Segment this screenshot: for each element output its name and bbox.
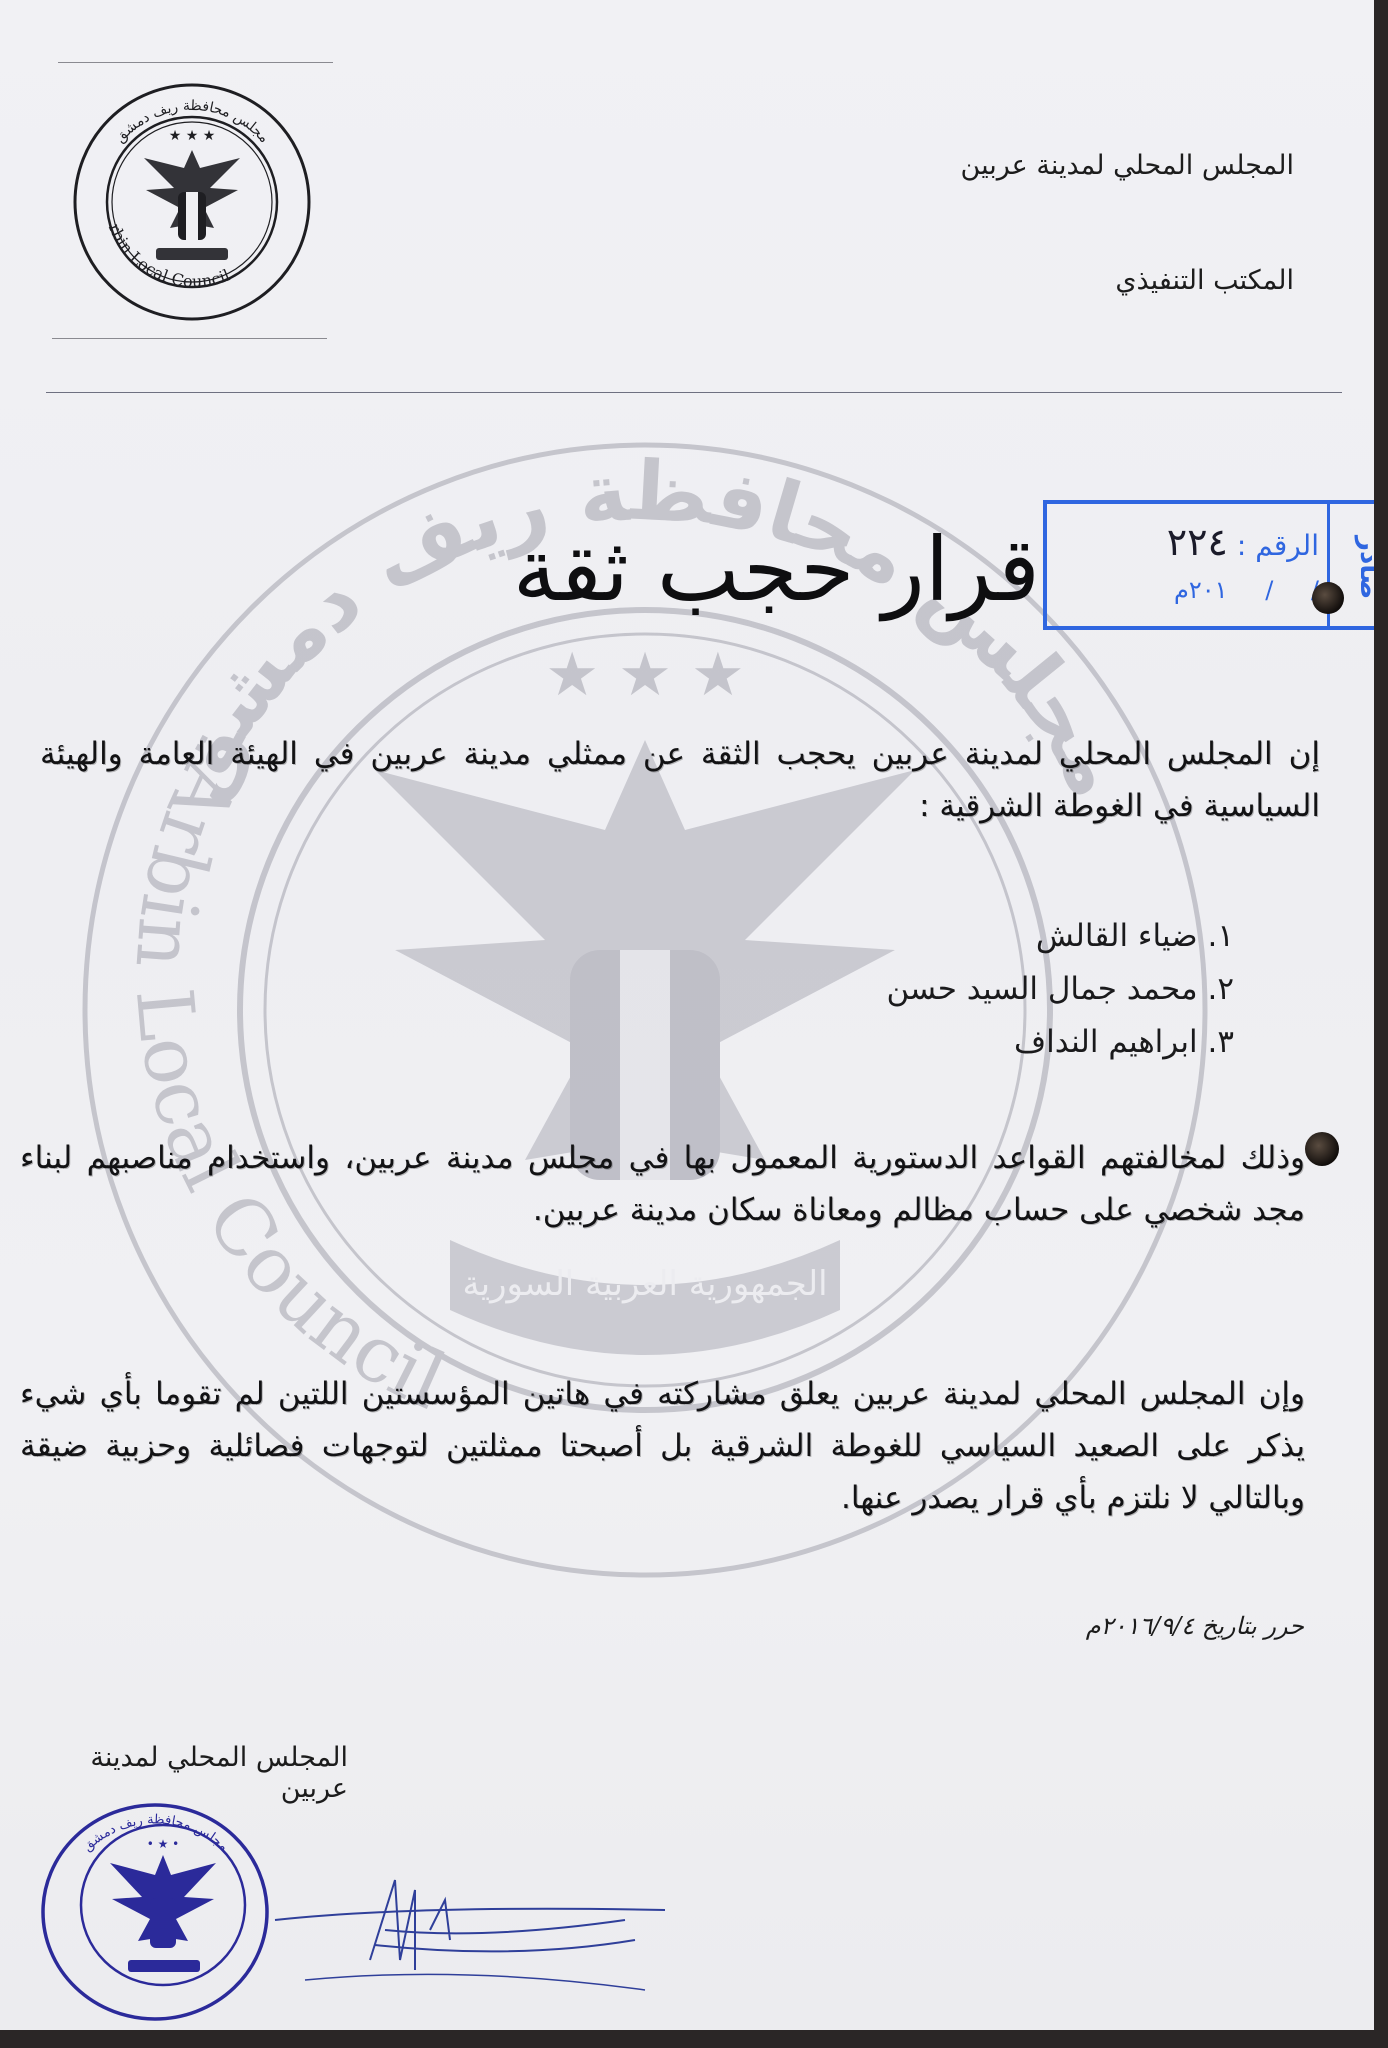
seal-bottom-rule [52, 338, 327, 339]
reference-number-label: الرقم : [1237, 529, 1319, 562]
svg-text:★ ★ ★: ★ ★ ★ [169, 128, 216, 144]
reason-paragraph: وذلك لمخالفتهم القواعد الدستورية المعمول… [20, 1132, 1305, 1236]
list-item: ١. ضياء القالش [634, 910, 1234, 963]
signature-icon [265, 1870, 665, 2010]
issued-date: حرر بتاريخ ٢٠١٦/٩/٤م [1086, 1612, 1304, 1640]
stamp-side-label: صادر [1334, 508, 1374, 628]
signatory-title: المجلس المحلي لمدينة عربين [18, 1742, 348, 1804]
svg-text:Arbin Local Council: Arbin Local Council [118, 747, 458, 1427]
suspension-paragraph: وإن المجلس المحلي لمدينة عربين يعلق مشار… [20, 1368, 1305, 1524]
council-seal-bottom-icon: مجلس محافظة ريف دمشق • ★ • [38, 1800, 273, 2025]
reference-date: / / ٢٠١م [1057, 576, 1319, 604]
svg-text:• ★ •: • ★ • [147, 1837, 180, 1851]
document-title: قرار حجب ثقة [320, 515, 1040, 625]
header-organization: المجلس المحلي لمدينة عربين [794, 150, 1294, 181]
punch-hole-middle [1305, 1132, 1339, 1166]
list-item: ٢. محمد جمال السيد حسن [634, 963, 1234, 1016]
svg-text:★ ★ ★: ★ ★ ★ [545, 640, 745, 710]
svg-text:الجمهورية العربية السورية: الجمهورية العربية السورية [462, 1264, 827, 1304]
header-office: المكتب التنفيذي [794, 265, 1294, 296]
council-seal-icon: مجلس محافظة ريف دمشق Arbin Local Council… [70, 80, 315, 325]
punch-hole-top [1312, 582, 1344, 614]
seal-top-rule [58, 62, 333, 63]
names-list: ١. ضياء القالش ٢. محمد جمال السيد حسن ٣.… [634, 910, 1234, 1069]
intro-paragraph: إن المجلس المحلي لمدينة عربين يحجب الثقة… [40, 728, 1320, 832]
reference-number-value: ٢٢٤ [1167, 520, 1228, 564]
header-divider [46, 392, 1342, 393]
reference-number: الرقم : ٢٢٤ [1057, 520, 1319, 564]
list-item: ٣. ابراهيم النداف [634, 1016, 1234, 1069]
document-page: مجلس محافظة ريف دمشق Arbin Local Council… [0, 0, 1374, 2030]
